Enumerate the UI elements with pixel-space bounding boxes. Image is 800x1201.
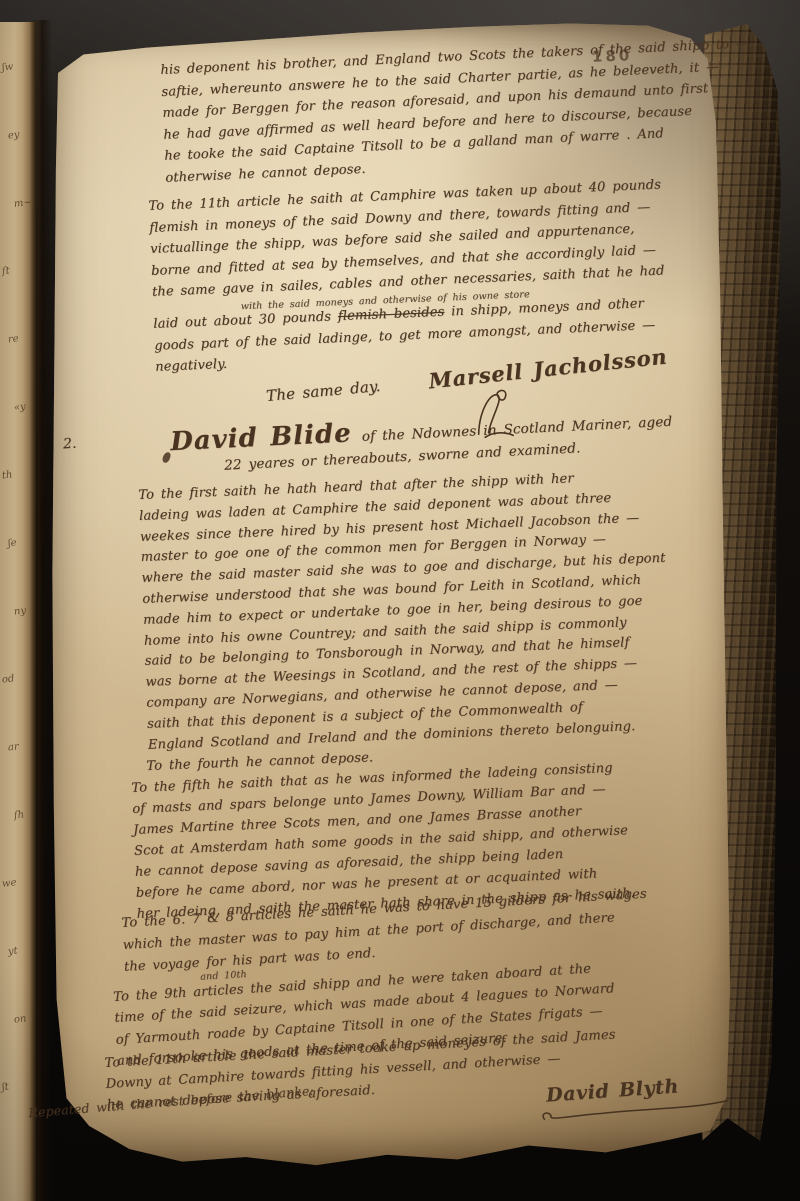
manuscript-photo: ʃweym~ſtre«ythʃenyodarſhweytonʃt 180 his… <box>0 0 800 1201</box>
facing-page-text-fragment: ny <box>13 605 26 617</box>
facing-page-text-fragment: re <box>7 333 19 345</box>
gutter-crease <box>30 20 52 1201</box>
facing-page-text-fragment: ʃe <box>7 538 17 550</box>
facing-page-text-fragment: yt <box>7 946 18 958</box>
manuscript-paragraph: To the first saith he hath heard that af… <box>138 466 672 756</box>
facing-page-text-fragment: ſh <box>13 809 24 821</box>
facing-page-text-fragment: on <box>13 1013 27 1025</box>
manuscript-paragraph: his deponent his brother, and England tw… <box>160 33 754 189</box>
facing-page-text-fragment: ʃt <box>1 1082 9 1094</box>
facing-page-text-fragment: ar <box>7 741 19 753</box>
manuscript-paragraph: To the 11th article he saith at Camphire… <box>148 175 668 379</box>
facing-page-text-fragment: «y <box>13 401 26 413</box>
margin-entry-number: 2. <box>63 436 77 453</box>
facing-page-text-fragment: ſt <box>1 266 10 278</box>
facing-page-text-fragment: we <box>1 877 17 889</box>
facing-page-text-fragment: ʃw <box>1 61 13 73</box>
facing-page-text-fragment: od <box>1 673 15 685</box>
facing-page-text-fragment: th <box>1 469 13 481</box>
facing-page-text-fragment: ey <box>7 129 20 141</box>
